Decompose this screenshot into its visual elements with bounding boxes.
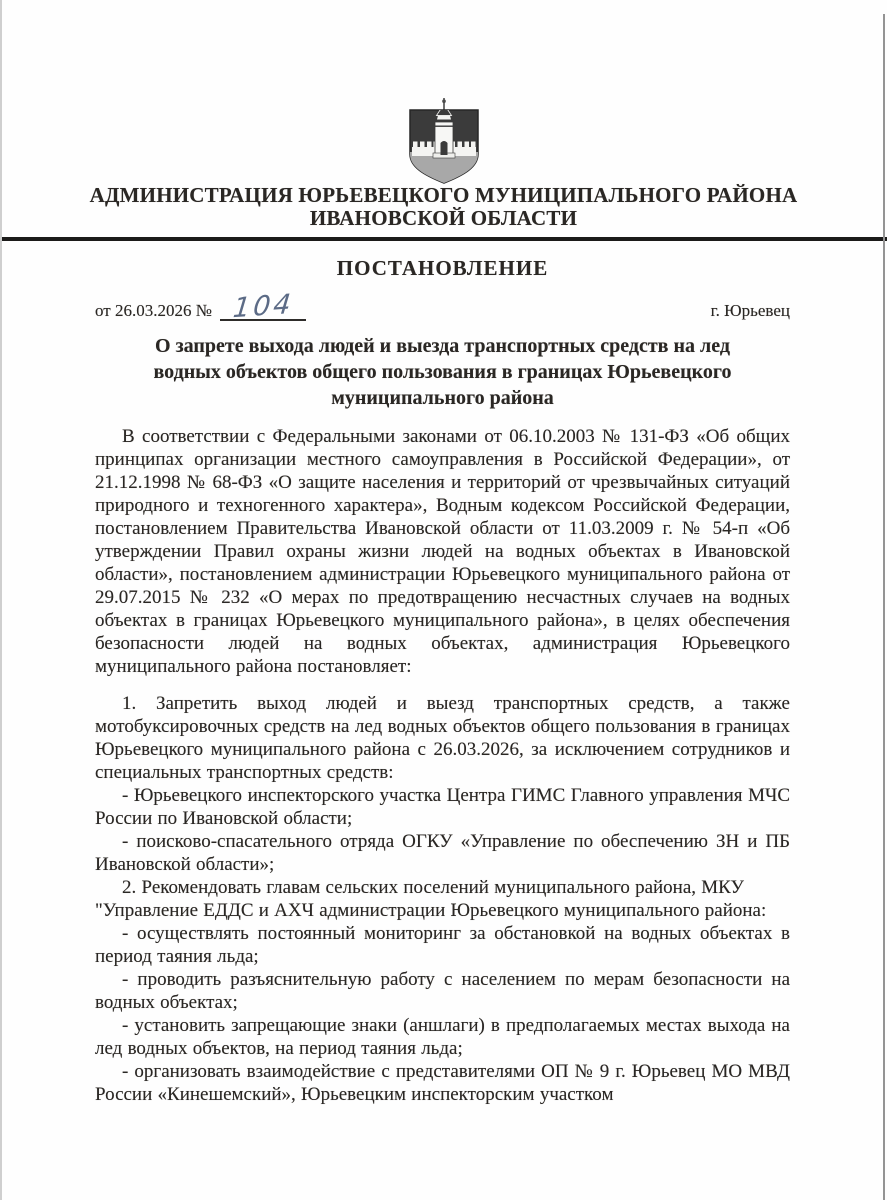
scan-edge-right <box>883 14 885 1200</box>
date-and-place-row: от 26.03.2026 № 104 г. Юрьевец <box>95 293 790 321</box>
document-header: АДМИНИСТРАЦИЯ ЮРЬЕВЕЦКОГО МУНИЦИПАЛЬНОГО… <box>0 98 887 230</box>
body-paragraphs: В соответствии с Федеральными законами о… <box>95 425 790 1106</box>
list-item-monitoring: - осуществлять постоянный мониторинг за … <box>95 922 790 968</box>
list-item-gims: - Юрьевецкого инспекторского участка Цен… <box>95 784 790 830</box>
header-divider-rule <box>0 237 887 241</box>
paragraph-preamble: В соответствии с Федеральными законами о… <box>95 425 790 678</box>
org-name-line1: АДМИНИСТРАЦИЯ ЮРЬЕВЕЦКОГО МУНИЦИПАЛЬНОГО… <box>0 184 887 207</box>
list-item-rescue-squad: - поисково-спасательного отряда ОГКУ «Уп… <box>95 830 790 876</box>
doc-number-underline: 104 <box>220 293 306 321</box>
paragraph-item-2: 2. Рекомендовать главам сельских поселен… <box>95 876 790 922</box>
scanned-document-page: АДМИНИСТРАЦИЯ ЮРЬЕВЕЦКОГО МУНИЦИПАЛЬНОГО… <box>0 0 887 1200</box>
list-item-signs: - установить запрещающие знаки (аншлаги)… <box>95 1014 790 1060</box>
doc-title: О запрете выхода людей и выезда транспор… <box>125 333 760 411</box>
coat-of-arms-icon <box>406 98 482 184</box>
org-name-line2: ИВАНОВСКОЙ ОБЛАСТИ <box>0 207 887 230</box>
list-item-coordination: - организовать взаимодействие с представ… <box>95 1060 790 1106</box>
scan-edge-left <box>0 0 2 1200</box>
date-prefix: от 26.03.2026 № <box>95 301 212 321</box>
doc-type-heading: ПОСТАНОВЛЕНИЕ <box>95 256 790 281</box>
doc-number-handwritten: 104 <box>231 292 294 322</box>
document-body: ПОСТАНОВЛЕНИЕ от 26.03.2026 № 104 г. Юрь… <box>0 256 887 1106</box>
list-item-outreach: - проводить разъяснительную работу с нас… <box>95 968 790 1014</box>
date-and-number: от 26.03.2026 № 104 <box>95 293 306 321</box>
place-label: г. Юрьевец <box>711 301 790 321</box>
paragraph-item-1: 1. Запретить выход людей и выезд транспо… <box>95 692 790 784</box>
